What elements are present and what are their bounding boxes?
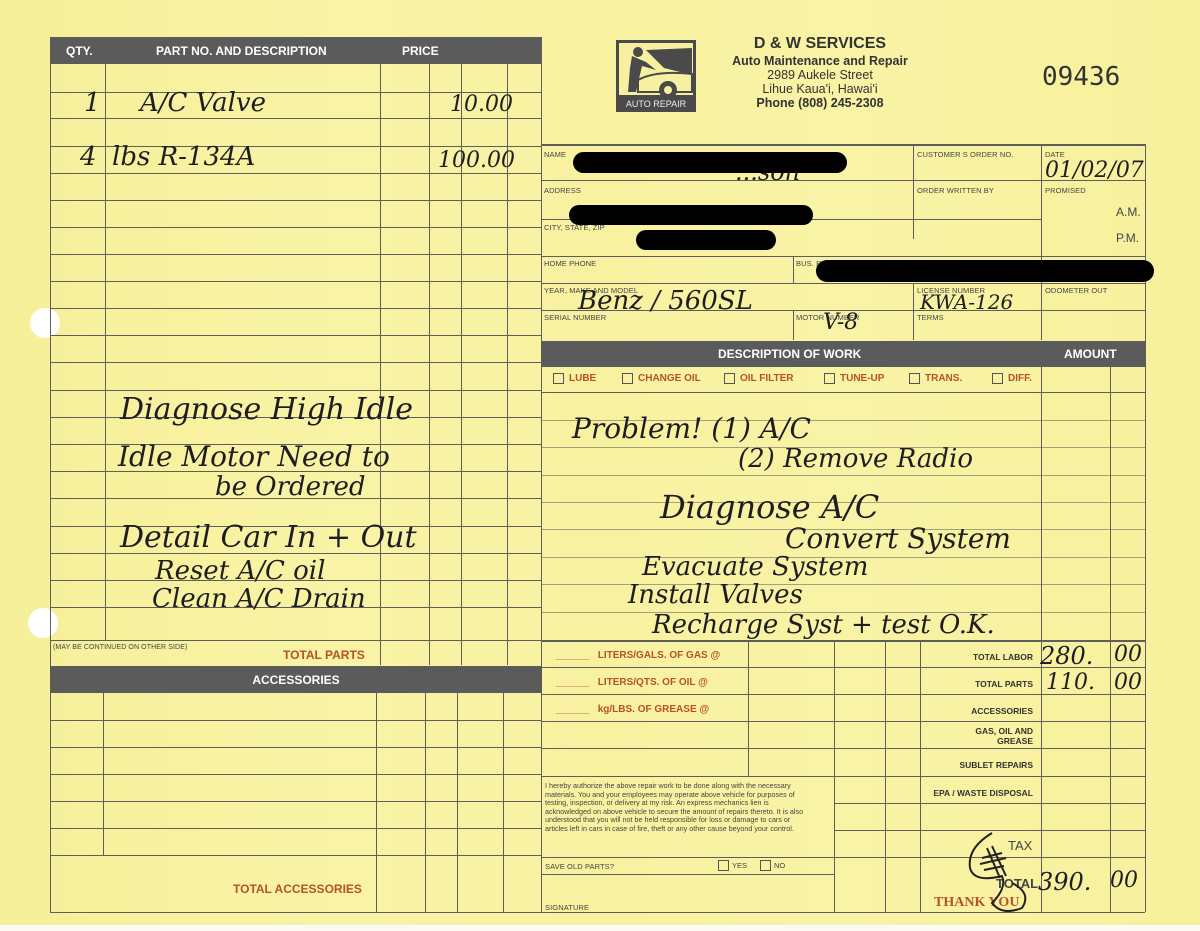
sublet-repairs-label: SUBLET REPAIRS xyxy=(923,760,1033,770)
signature-field[interactable] xyxy=(600,888,830,908)
row-line xyxy=(50,640,542,641)
row-line xyxy=(50,173,542,174)
company-street: 2989 Aukele Street xyxy=(700,68,940,82)
company-info: D & W SERVICES Auto Maintenance and Repa… xyxy=(700,35,940,110)
work-line: Problem! (1) A/C xyxy=(572,412,811,445)
total-accessories-label: TOTAL ACCESSORIES xyxy=(233,882,362,896)
row-line xyxy=(50,747,542,748)
checkbox-icon[interactable] xyxy=(824,373,835,384)
lube-checkbox[interactable]: LUBE xyxy=(553,373,596,384)
row-line xyxy=(50,774,542,775)
promised-label: PROMISED xyxy=(1045,186,1086,195)
redaction-bar xyxy=(573,152,847,173)
column-line xyxy=(376,693,377,912)
row-line xyxy=(541,748,1145,749)
work-header-bar: DESCRIPTION OF WORK AMOUNT xyxy=(541,341,1145,367)
box-line xyxy=(793,310,794,340)
save-old-parts-yes[interactable]: YES xyxy=(718,860,747,871)
row-line xyxy=(541,475,1145,476)
table-border xyxy=(50,912,542,913)
am-label: A.M. xyxy=(1116,205,1141,219)
name-label: NAME xyxy=(544,150,566,159)
total-parts-cents: 00 xyxy=(1114,670,1142,695)
box-line xyxy=(541,256,1145,257)
total-parts-summary-label: TOTAL PARTS xyxy=(923,679,1033,689)
row-line xyxy=(50,335,542,336)
parts-header-bar: QTY. PART NO. AND DESCRIPTION PRICE xyxy=(50,37,542,64)
parts-note: be Ordered xyxy=(215,472,366,502)
row-line xyxy=(50,308,542,309)
authorization-text: I hereby authorize the above repair work… xyxy=(545,782,815,834)
row-line xyxy=(541,721,1145,722)
price-header: PRICE xyxy=(402,44,439,58)
part-price: 100.00 xyxy=(438,148,515,173)
initials-scribble-icon xyxy=(962,828,1042,918)
accessories-header: ACCESSORIES xyxy=(252,673,339,687)
work-line: Recharge Syst + test O.K. xyxy=(652,610,995,640)
diff-checkbox[interactable]: DIFF. xyxy=(992,373,1032,384)
checkbox-icon[interactable] xyxy=(553,373,564,384)
save-old-parts-no[interactable]: NO xyxy=(760,860,785,871)
box-line xyxy=(913,283,914,340)
parts-note: Clean A/C Drain xyxy=(152,584,366,614)
license-number-value: KWA-126 xyxy=(920,290,1013,314)
pm-label: P.M. xyxy=(1116,231,1139,245)
change-oil-checkbox[interactable]: CHANGE OIL xyxy=(622,373,701,384)
save-old-parts-label: SAVE OLD PARTS? xyxy=(545,862,614,871)
row-line xyxy=(834,803,1145,804)
description-header: PART NO. AND DESCRIPTION xyxy=(156,44,327,58)
date-value: 01/02/07 xyxy=(1045,158,1144,183)
checkbox-icon[interactable] xyxy=(760,860,771,871)
mechanic-car-icon: AUTO REPAIR xyxy=(616,40,696,112)
checkbox-icon[interactable] xyxy=(992,373,1003,384)
row-line xyxy=(50,254,542,255)
accessories-summary-label: ACCESSORIES xyxy=(923,706,1033,716)
oil-filter-checkbox[interactable]: OIL FILTER xyxy=(724,373,794,384)
row-line xyxy=(50,720,542,721)
row-line xyxy=(50,281,542,282)
total-parts-dollars: 110. xyxy=(1046,670,1095,695)
row-line xyxy=(50,801,542,802)
redaction-bar xyxy=(636,230,776,250)
terms-label: TERMS xyxy=(917,313,944,322)
checkbox-icon[interactable] xyxy=(622,373,633,384)
binder-hole xyxy=(28,608,58,638)
work-line: Convert System xyxy=(785,522,1011,555)
total-labor-dollars: 280. xyxy=(1040,642,1093,670)
column-line xyxy=(503,693,504,912)
row-line xyxy=(50,855,542,856)
paper-edge xyxy=(0,925,1200,931)
row-line xyxy=(50,200,542,201)
part-description: A/C Valve xyxy=(140,88,266,118)
continued-note: (MAY BE CONTINUED ON OTHER SIDE) xyxy=(53,644,187,651)
column-line xyxy=(457,693,458,912)
box-line xyxy=(913,144,914,239)
row-line xyxy=(50,390,542,391)
oil-fluid-row: ______ LITERS/QTS. OF OIL @ xyxy=(556,677,708,688)
box-line xyxy=(793,256,794,283)
parts-note: Diagnose High Idle xyxy=(120,392,413,427)
order-written-by-label: ORDER WRITTEN BY xyxy=(917,186,994,195)
amount-header: AMOUNT xyxy=(1064,347,1117,361)
odometer-out-label: ODOMETER OUT xyxy=(1045,286,1107,295)
redaction-bar xyxy=(569,205,813,225)
checkbox-icon[interactable] xyxy=(718,860,729,871)
part-description: lbs R-134A xyxy=(112,142,255,172)
qty-header: QTY. xyxy=(66,44,93,58)
grease-fluid-row: ______ kg/LBS. OF GREASE @ xyxy=(556,704,709,715)
work-line: Diagnose A/C xyxy=(660,488,879,526)
row-line xyxy=(541,857,1145,858)
column-line xyxy=(380,64,381,665)
total-labor-cents: 00 xyxy=(1114,642,1142,667)
row-line xyxy=(541,874,834,875)
part-qty: 1 xyxy=(84,88,101,118)
column-line xyxy=(748,641,749,777)
parts-note: Idle Motor Need to xyxy=(118,440,390,473)
svg-text:AUTO REPAIR: AUTO REPAIR xyxy=(626,99,687,109)
company-phone: Phone (808) 245-2308 xyxy=(700,96,940,110)
parts-note: Detail Car In + Out xyxy=(120,520,417,555)
box-line xyxy=(913,219,1041,220)
grand-total-cents: 00 xyxy=(1110,868,1138,893)
auto-repair-logo: AUTO REPAIR xyxy=(616,40,696,112)
box-line xyxy=(541,283,1145,284)
address-label: ADDRESS xyxy=(544,186,581,195)
description-of-work-header: DESCRIPTION OF WORK xyxy=(718,347,861,361)
column-line xyxy=(425,693,426,912)
checkbox-icon[interactable] xyxy=(724,373,735,384)
binder-hole xyxy=(30,308,60,338)
row-line xyxy=(541,392,1145,393)
column-line xyxy=(429,64,430,665)
work-line: (2) Remove Radio xyxy=(738,444,973,474)
row-line xyxy=(50,118,542,119)
table-border xyxy=(50,64,51,912)
row-line xyxy=(50,227,542,228)
motor-number-value: V-8 xyxy=(823,310,858,335)
parts-note: Reset A/C oil xyxy=(155,556,325,586)
company-name: D & W SERVICES xyxy=(700,35,940,53)
part-qty: 4 xyxy=(80,142,97,172)
row-line xyxy=(541,912,1145,913)
gas-oil-grease-label: GAS, OIL AND GREASE xyxy=(953,726,1033,746)
redaction-bar xyxy=(816,260,1154,282)
company-city: Lihue Kaua'i, Hawai'i xyxy=(700,82,940,96)
invoice-number: 09436 xyxy=(1042,62,1120,92)
signature-label: SIGNATURE xyxy=(545,903,589,912)
box-border xyxy=(1145,144,1146,912)
work-line: Evacuate System xyxy=(642,552,868,582)
tune-up-checkbox[interactable]: TUNE-UP xyxy=(824,373,884,384)
part-price: 10.00 xyxy=(450,92,513,117)
row-line xyxy=(50,828,542,829)
row-line xyxy=(50,362,542,363)
trans-checkbox[interactable]: TRANS. xyxy=(909,373,962,384)
vehicle-value: Benz / 560SL xyxy=(578,286,753,316)
company-tagline: Auto Maintenance and Repair xyxy=(700,54,940,68)
gas-fluid-row: ______ LITERS/GALS. OF GAS @ xyxy=(556,650,720,661)
row-line xyxy=(541,776,1145,777)
epa-waste-disposal-label: EPA / WASTE DISPOSAL xyxy=(900,788,1033,798)
total-labor-label: TOTAL LABOR xyxy=(923,652,1033,662)
work-line: Install Valves xyxy=(628,580,803,610)
total-parts-label: TOTAL PARTS xyxy=(283,648,365,662)
grand-total-dollars: 390. xyxy=(1038,868,1091,896)
home-phone-label: HOME PHONE xyxy=(544,259,596,268)
box-border xyxy=(541,144,1145,146)
customer-order-no-label: CUSTOMER S ORDER NO. xyxy=(917,150,1013,159)
checkbox-icon[interactable] xyxy=(909,373,920,384)
accessories-header-bar: ACCESSORIES xyxy=(50,666,542,693)
